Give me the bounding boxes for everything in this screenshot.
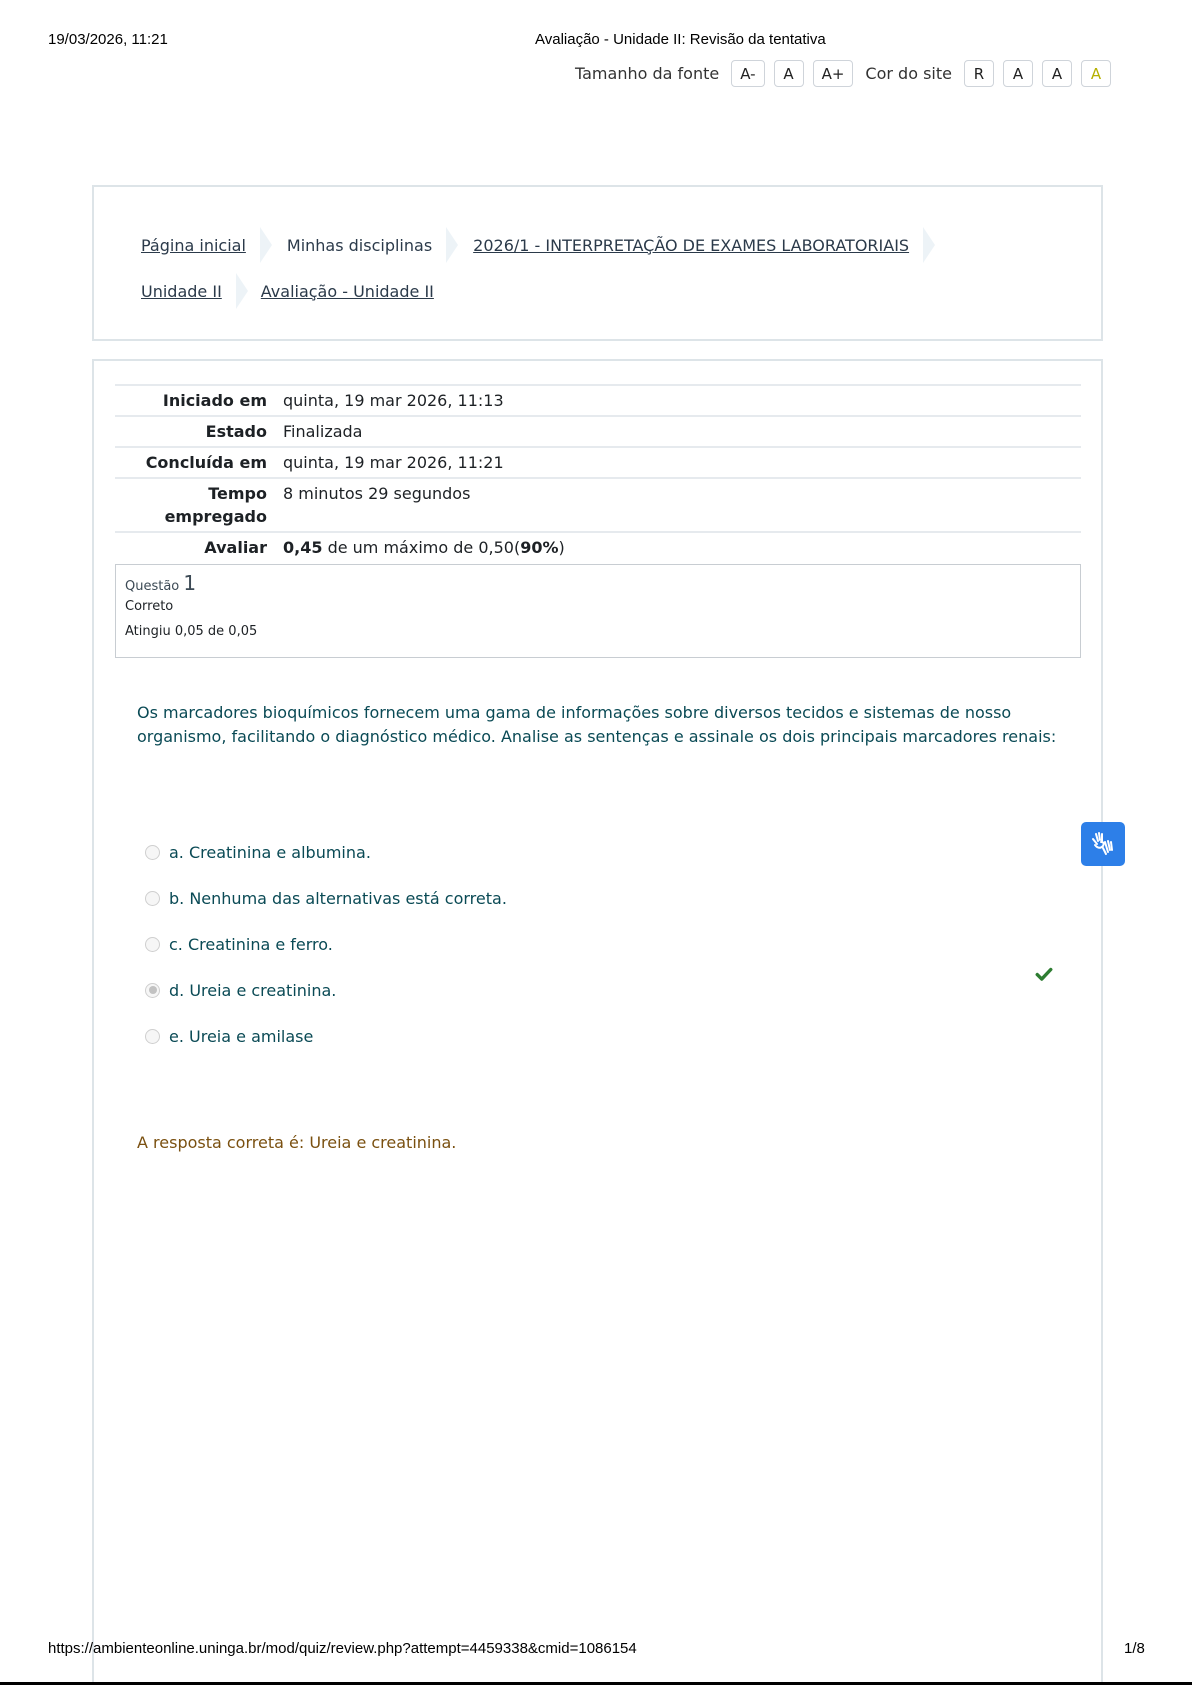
breadcrumb-separator-icon bbox=[260, 227, 272, 263]
breadcrumb-link[interactable]: Avaliação - Unidade II bbox=[261, 282, 434, 301]
breadcrumb-link[interactable]: Página inicial bbox=[141, 236, 246, 255]
question-grade: Atingiu 0,05 de 0,05 bbox=[125, 624, 1071, 639]
color-reset-button[interactable]: R bbox=[964, 60, 994, 87]
color-option-2-button[interactable]: A bbox=[1042, 60, 1072, 87]
grade-close: ) bbox=[558, 538, 564, 557]
breadcrumb-item-quiz[interactable]: Avaliação - Unidade II bbox=[261, 273, 434, 309]
breadcrumb-separator-icon bbox=[236, 273, 248, 309]
answer-label: c. Creatinina e ferro. bbox=[169, 935, 333, 954]
radio-button[interactable] bbox=[145, 891, 160, 906]
summary-row: Concluída emquinta, 19 mar 2026, 11:21 bbox=[115, 447, 1081, 478]
summary-value: Finalizada bbox=[275, 416, 1081, 447]
summary-label: Concluída em bbox=[115, 447, 275, 478]
summary-row: EstadoFinalizada bbox=[115, 416, 1081, 447]
answer-option-b[interactable]: b. Nenhuma das alternativas está correta… bbox=[145, 875, 1065, 921]
font-size-label: Tamanho da fonte bbox=[575, 64, 719, 83]
breadcrumb-link[interactable]: Unidade II bbox=[141, 282, 222, 301]
font-increase-button[interactable]: A+ bbox=[813, 60, 854, 87]
quiz-review-panel: Iniciado emquinta, 19 mar 2026, 11:13 Es… bbox=[92, 359, 1103, 1685]
accessibility-toolbar: Tamanho da fonte A- A A+ Cor do site R A… bbox=[575, 60, 1120, 87]
breadcrumb-item-my-courses: Minhas disciplinas bbox=[287, 227, 473, 263]
print-datetime: 19/03/2026, 11:21 bbox=[48, 31, 168, 48]
check-icon bbox=[1035, 965, 1053, 983]
font-decrease-button[interactable]: A- bbox=[731, 60, 764, 87]
grade-value: 0,45 de um máximo de 0,50(90%) bbox=[275, 532, 1081, 562]
site-color-label: Cor do site bbox=[865, 64, 952, 83]
summary-label: Iniciado em bbox=[115, 385, 275, 416]
answer-option-d[interactable]: d. Ureia e creatinina. bbox=[145, 967, 1065, 1013]
question-info-box: Questão 1 Correto Atingiu 0,05 de 0,05 bbox=[115, 564, 1081, 658]
grade-percent: 90% bbox=[520, 538, 558, 557]
hand-sign-language-icon bbox=[1089, 830, 1117, 858]
color-option-3-button[interactable]: A bbox=[1081, 60, 1111, 87]
breadcrumb-separator-icon bbox=[446, 227, 458, 263]
answer-label: a. Creatinina e albumina. bbox=[169, 843, 371, 862]
question-state: Correto bbox=[125, 599, 1071, 614]
radio-button[interactable] bbox=[145, 845, 160, 860]
breadcrumb: Página inicial Minhas disciplinas 2026/1… bbox=[141, 227, 1071, 309]
sign-language-button[interactable] bbox=[1081, 822, 1125, 866]
summary-value: 8 minutos 29 segundos bbox=[275, 478, 1081, 532]
question-number: Questão 1 bbox=[125, 571, 1071, 595]
print-footer-url: https://ambienteonline.uninga.br/mod/qui… bbox=[48, 1640, 637, 1657]
print-page-number: 1/8 bbox=[1124, 1640, 1145, 1657]
breadcrumb-item-course[interactable]: 2026/1 - INTERPRETAÇÃO DE EXAMES LABORAT… bbox=[473, 227, 950, 263]
print-page-title: Avaliação - Unidade II: Revisão da tenta… bbox=[535, 31, 826, 48]
attempt-summary-table: Iniciado emquinta, 19 mar 2026, 11:13 Es… bbox=[115, 384, 1081, 562]
grade-max-text: de um máximo de 0,50( bbox=[322, 538, 520, 557]
grade-score: 0,45 bbox=[283, 538, 322, 557]
summary-label: Tempo empregado bbox=[115, 478, 275, 532]
summary-value: quinta, 19 mar 2026, 11:13 bbox=[275, 385, 1081, 416]
breadcrumb-link[interactable]: 2026/1 - INTERPRETAÇÃO DE EXAMES LABORAT… bbox=[473, 236, 909, 255]
breadcrumb-panel: Página inicial Minhas disciplinas 2026/1… bbox=[92, 185, 1103, 341]
breadcrumb-text: Minhas disciplinas bbox=[287, 236, 432, 255]
radio-button[interactable] bbox=[145, 937, 160, 952]
question-prefix: Questão bbox=[125, 579, 179, 594]
breadcrumb-separator-icon bbox=[923, 227, 935, 263]
summary-label: Estado bbox=[115, 416, 275, 447]
summary-value: quinta, 19 mar 2026, 11:21 bbox=[275, 447, 1081, 478]
breadcrumb-item-unit[interactable]: Unidade II bbox=[141, 273, 263, 309]
answer-option-c[interactable]: c. Creatinina e ferro. bbox=[145, 921, 1065, 967]
radio-button[interactable] bbox=[145, 1029, 160, 1044]
answer-label: e. Ureia e amilase bbox=[169, 1027, 313, 1046]
color-option-1-button[interactable]: A bbox=[1003, 60, 1033, 87]
answer-option-e[interactable]: e. Ureia e amilase bbox=[145, 1013, 1065, 1059]
answer-label: b. Nenhuma das alternativas está correta… bbox=[169, 889, 507, 908]
summary-label: Avaliar bbox=[115, 532, 275, 562]
radio-button-selected[interactable] bbox=[145, 983, 160, 998]
correct-answer-feedback: A resposta correta é: Ureia e creatinina… bbox=[137, 1133, 456, 1152]
answer-list: a. Creatinina e albumina. b. Nenhuma das… bbox=[145, 829, 1065, 1059]
answer-option-a[interactable]: a. Creatinina e albumina. bbox=[145, 829, 1065, 875]
breadcrumb-item-home[interactable]: Página inicial bbox=[141, 227, 287, 263]
summary-row: Iniciado emquinta, 19 mar 2026, 11:13 bbox=[115, 385, 1081, 416]
question-number-value: 1 bbox=[183, 571, 196, 595]
summary-row: Tempo empregado8 minutos 29 segundos bbox=[115, 478, 1081, 532]
answer-label: d. Ureia e creatinina. bbox=[169, 981, 336, 1000]
summary-row-grade: Avaliar 0,45 de um máximo de 0,50(90%) bbox=[115, 532, 1081, 562]
font-reset-button[interactable]: A bbox=[774, 60, 804, 87]
question-text: Os marcadores bioquímicos fornecem uma g… bbox=[137, 701, 1057, 749]
